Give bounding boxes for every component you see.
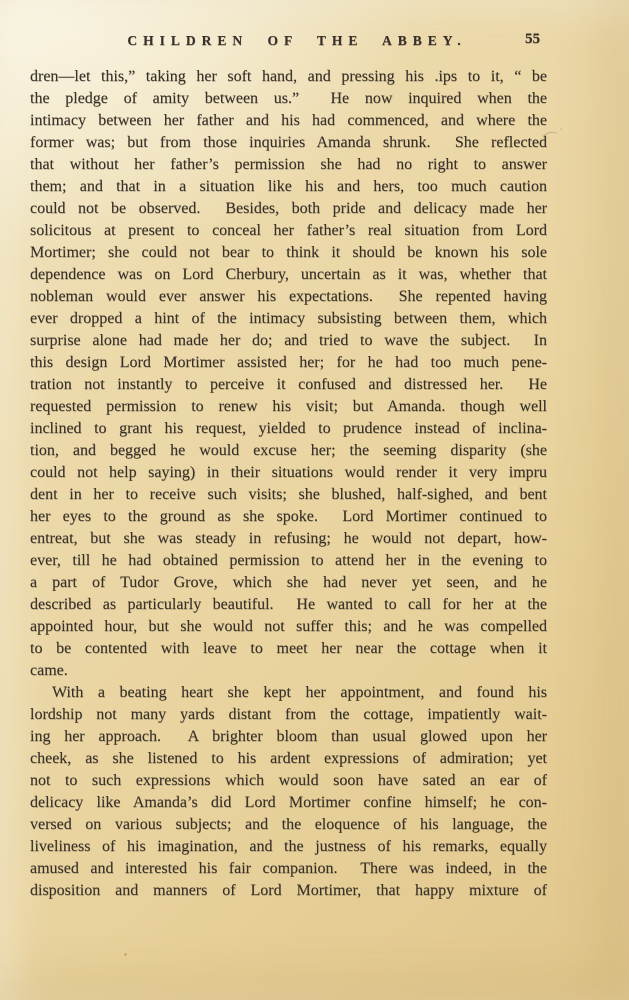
text-line: that without her father’s permission she… <box>30 154 547 176</box>
body-text: dren—let this,” taking her soft hand, an… <box>30 66 547 902</box>
text-line: could not be observed. Besides, both pri… <box>30 198 547 220</box>
text-line: a part of Tudor Grove, which she had nev… <box>30 572 547 594</box>
text-line: With a beating heart she kept her appoin… <box>30 682 547 704</box>
text-line: came. <box>30 660 547 682</box>
paper-speck <box>560 128 562 130</box>
text-line: her eyes to the ground as she spoke. Lor… <box>30 506 547 528</box>
text-line: ing her approach. A brighter bloom than … <box>30 726 547 748</box>
text-line: tration not instantly to perceive it con… <box>30 374 547 396</box>
text-line: lordship not many yards distant from the… <box>30 704 547 726</box>
text-line: described as particularly beautiful. He … <box>30 594 547 616</box>
text-line: versed on various subjects; and the eloq… <box>30 814 547 836</box>
text-line: tion, and begged he would excuse her; th… <box>30 440 547 462</box>
text-line: surprise alone had made her do; and trie… <box>30 330 547 352</box>
book-page: CHILDREN OF THE ABBEY. 55 dren—let this,… <box>0 0 629 1000</box>
text-line: cheek, as she listened to his ardent exp… <box>30 748 547 770</box>
running-title: CHILDREN OF THE ABBEY. <box>127 33 466 49</box>
text-line: nobleman would ever answer his expectati… <box>30 286 547 308</box>
text-line: not to such expressions which would soon… <box>30 770 547 792</box>
text-line: amused and interested his fair companion… <box>30 858 547 880</box>
text-line: Mortimer; she could not bear to think it… <box>30 242 547 264</box>
text-line: inclined to grant his request, yielded t… <box>30 418 547 440</box>
text-line: ever, till he had obtained permission to… <box>30 550 547 572</box>
text-line: requested permission to renew his visit;… <box>30 396 547 418</box>
text-line: the pledge of amity between us.” He now … <box>30 88 547 110</box>
page-number: 55 <box>525 31 540 48</box>
text-line: former was; but from those inquiries Ama… <box>30 132 547 154</box>
text-line: appointed hour, but she would not suffer… <box>30 616 547 638</box>
text-line: intimacy between her father and his had … <box>30 110 547 132</box>
text-line: liveliness of his imagination, and the j… <box>30 836 547 858</box>
text-line: dren—let this,” taking her soft hand, an… <box>30 66 547 88</box>
text-line: to be contented with leave to meet her n… <box>30 638 547 660</box>
text-line: disposition and manners of Lord Mortimer… <box>30 880 547 902</box>
text-line: dent in her to receive such visits; she … <box>30 484 547 506</box>
text-line: them; and that in a situation like his a… <box>30 176 547 198</box>
text-line: ever dropped a hint of the intimacy subs… <box>30 308 547 330</box>
text-line: entreat, but she was steady in refusing;… <box>30 528 547 550</box>
text-line: could not help saying) in their situatio… <box>30 462 547 484</box>
text-line: solicitous at present to conceal her fat… <box>30 220 547 242</box>
paper-speck <box>124 953 127 956</box>
text-line: this design Lord Mortimer assisted her; … <box>30 352 547 374</box>
text-line: dependence was on Lord Cherbury, uncerta… <box>30 264 547 286</box>
text-line: delicacy like Amanda’s did Lord Mortimer… <box>30 792 547 814</box>
